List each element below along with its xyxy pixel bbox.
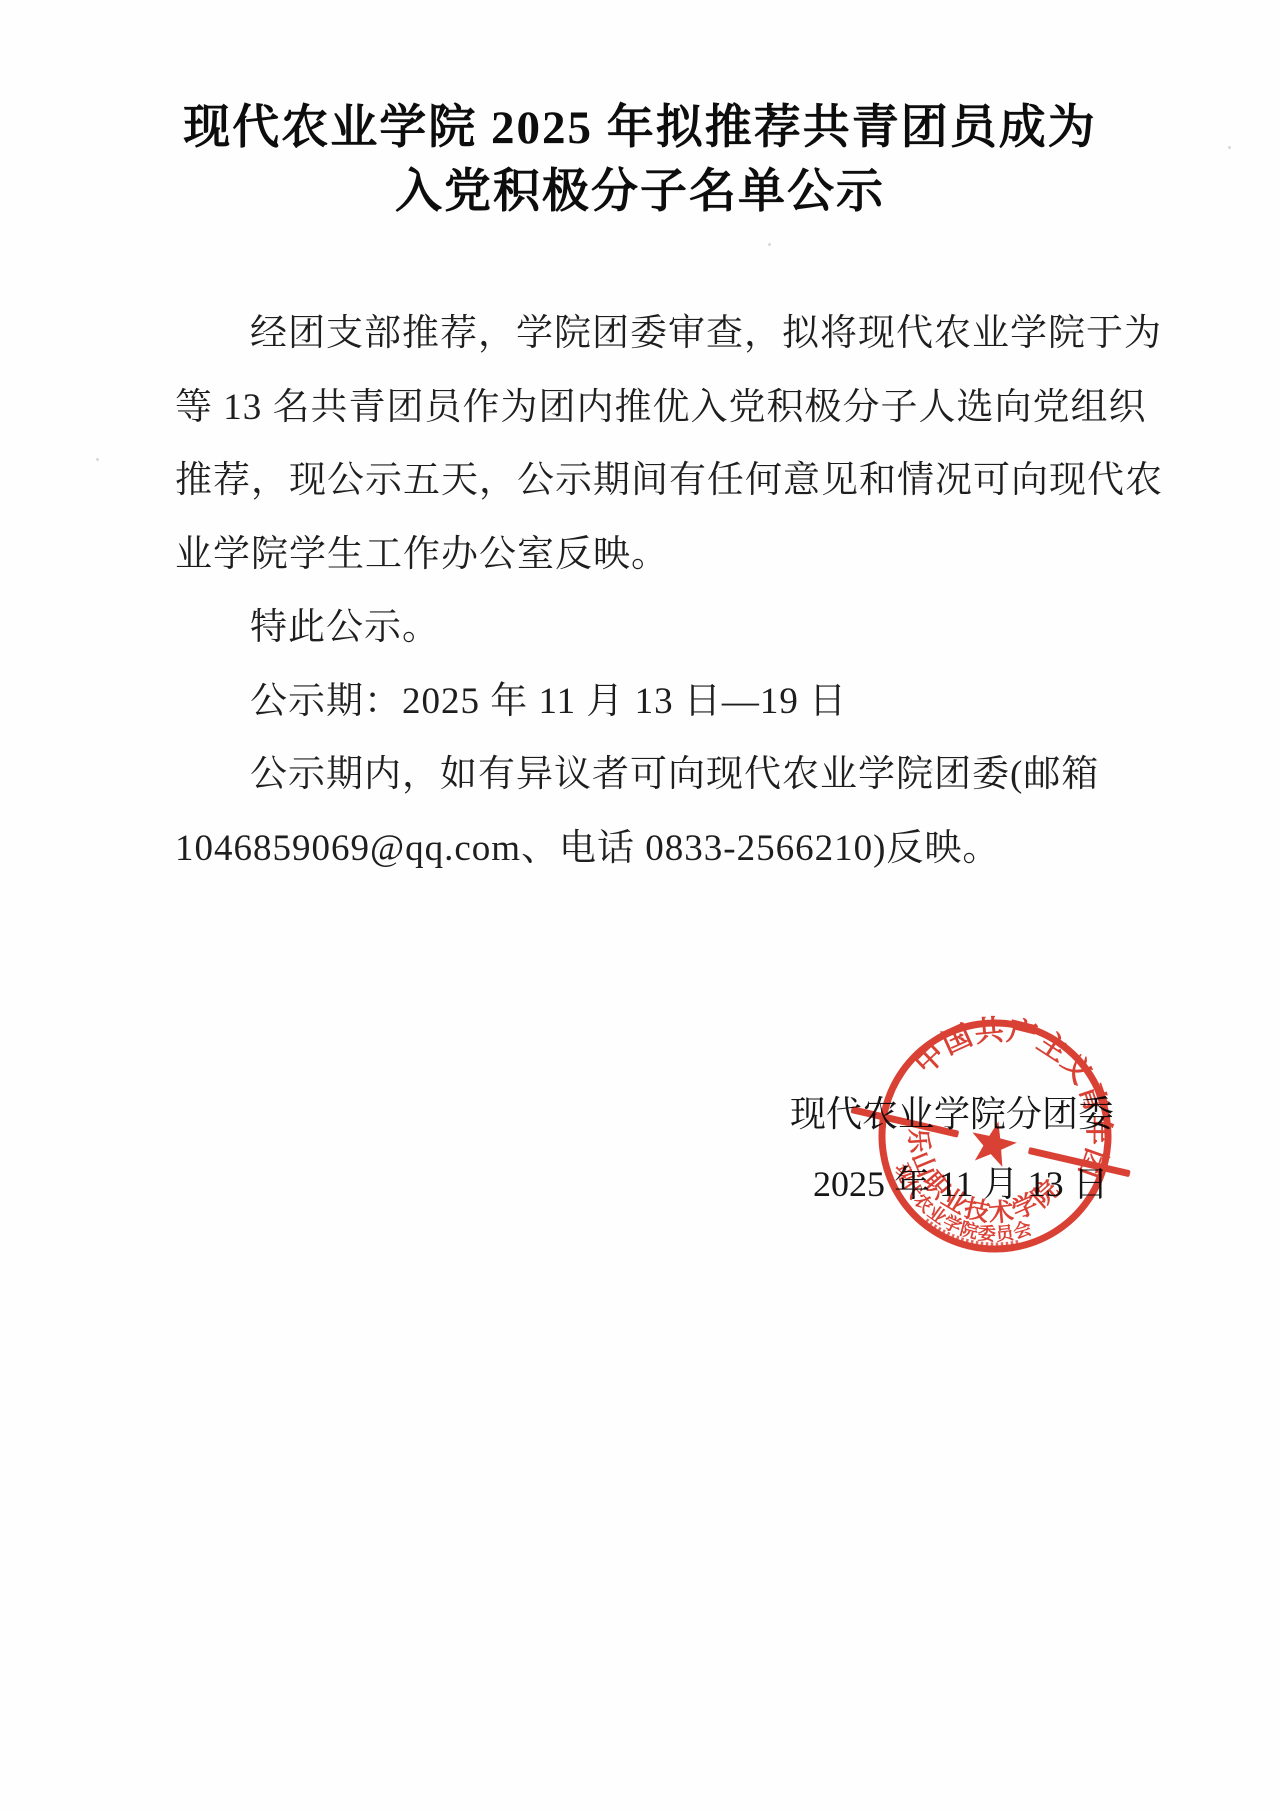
body-line: 公示期：2025 年 11 月 13 日—19 日 (175, 680, 1180, 724)
body-line: 推荐，现公示五天，公示期间有任何意见和情况可向现代农 (175, 459, 1105, 503)
body-line: 1046859069@qq.com、电话 0833-2566210)反映。 (175, 827, 1105, 871)
title-line-2: 入党积极分子名单公示 (0, 160, 1280, 224)
scan-speck (96, 458, 99, 461)
title-line-1: 现代农业学院 2025 年拟推荐共青团员成为 (0, 96, 1280, 160)
body-line: 公示期内，如有异议者可向现代农业学院团委(邮箱 (175, 753, 1180, 797)
document-title: 现代农业学院 2025 年拟推荐共青团员成为 入党积极分子名单公示 (0, 96, 1280, 224)
body-line: 等 13 名共青团员作为团内推优入党积极分子人选向党组织 (175, 386, 1105, 430)
scan-speck (768, 243, 771, 246)
body-line: 经团支部推荐，学院团委审查，拟将现代农业学院于为 (175, 312, 1180, 356)
announcement-document: 现代农业学院 2025 年拟推荐共青团员成为 入党积极分子名单公示 经团支部推荐… (0, 0, 1280, 1810)
body-line: 业学院学生工作办公室反映。 (175, 533, 1105, 577)
star-icon (966, 1116, 1020, 1169)
official-seal-stamp: 中国共产主义青年团 乐山职业技术学院 现代农业学院委员会 (820, 960, 1170, 1320)
body-line: 特此公示。 (175, 606, 1180, 650)
